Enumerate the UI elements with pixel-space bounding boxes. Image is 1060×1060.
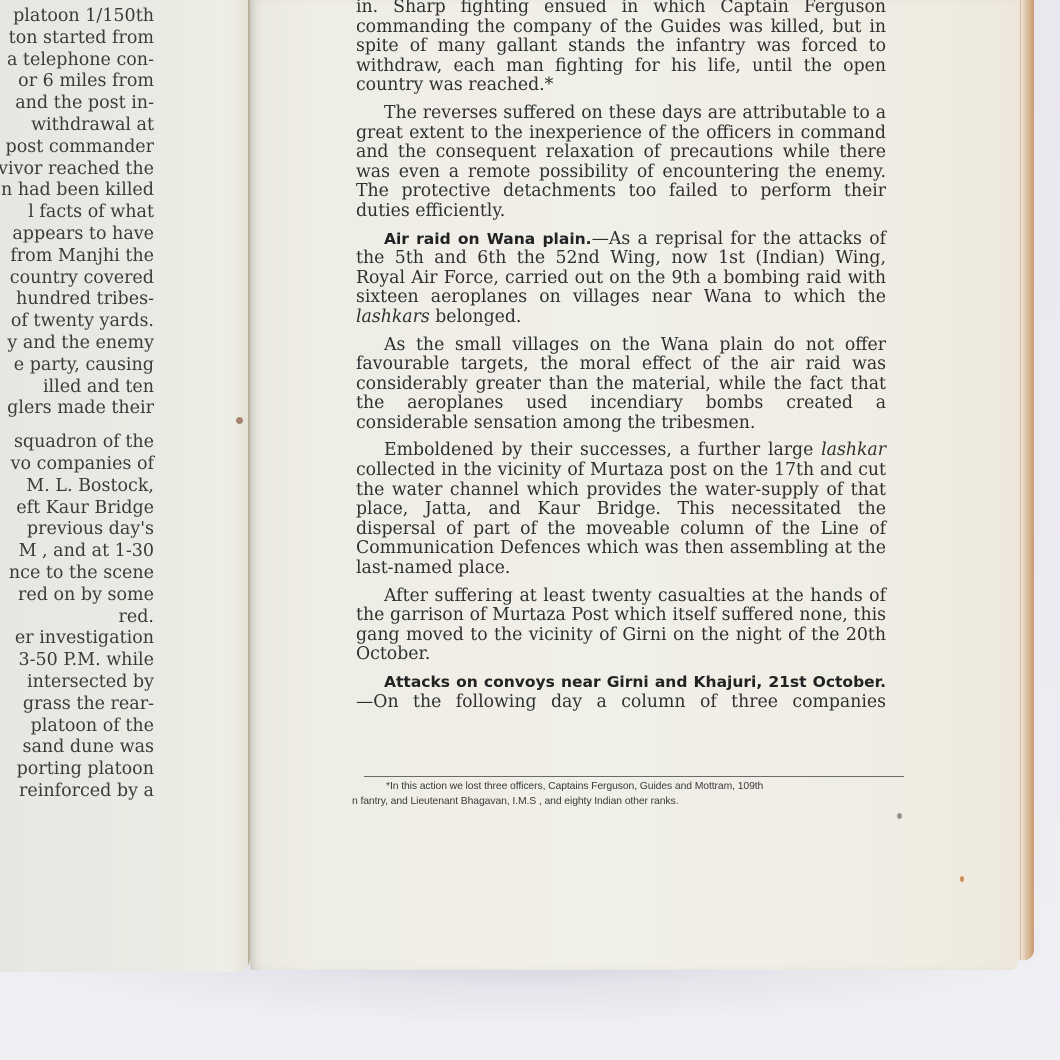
left-page-line: M , and at 1-30	[0, 541, 154, 563]
footnote: *In this action we lost three officers, …	[352, 779, 908, 809]
left-page-line: of twenty yards.	[0, 311, 154, 333]
paper-spot	[236, 417, 243, 424]
left-page-line: y and the enemy	[0, 333, 154, 355]
paragraph-7: Attacks on convoys near Girni and Khajur…	[356, 673, 886, 712]
paragraph-3: Air raid on Wana plain.—As a reprisal fo…	[356, 230, 886, 328]
left-page-line: M. L. Bostock,	[0, 476, 154, 498]
paragraph-4: As the small villages on the Wana plain …	[356, 336, 886, 434]
left-page-line: l facts of what	[0, 202, 154, 224]
footnote-line-1: *In this action we lost three officers, …	[352, 779, 908, 794]
paper-spot	[897, 813, 902, 819]
left-page-line: illed and ten	[0, 377, 154, 399]
left-page-line: hundred tribes-	[0, 289, 154, 311]
left-page-line: squadron of the	[0, 432, 154, 454]
left-page-line: from Manjhi the	[0, 246, 154, 268]
left-page-line: er investigation	[0, 628, 154, 650]
left-page-line: appears to have	[0, 224, 154, 246]
left-page-line: country covered	[0, 268, 154, 290]
left-page-line: and the post in-	[0, 93, 154, 115]
left-page-line: e party, causing	[0, 355, 154, 377]
left-page-line: n had been killed	[0, 180, 154, 202]
left-page-line: previous day's	[0, 519, 154, 541]
left-page-line: red.	[0, 607, 154, 629]
left-page-line: vo companies of	[0, 454, 154, 476]
left-page-line: porting platoon	[0, 759, 154, 781]
left-page-line: eft Kaur Bridge	[0, 498, 154, 520]
left-page-line: 3-50 P.M. while	[0, 650, 154, 672]
left-page-line: withdrawal at	[0, 115, 154, 137]
left-page-line: ton started from	[0, 28, 154, 50]
left-page-line: sand dune was	[0, 737, 154, 759]
left-page-line: nce to the scene	[0, 563, 154, 585]
left-page-line: a telephone con-	[0, 50, 154, 72]
left-page-line: post commander	[0, 137, 154, 159]
left-page-line: grass the rear-	[0, 694, 154, 716]
section-heading-air-raid: Air raid on Wana plain.	[384, 230, 592, 248]
left-page-line: platoon 1/150th	[0, 6, 154, 28]
left-page-line: or 6 miles from	[0, 71, 154, 93]
left-page-line: platoon of the	[0, 716, 154, 738]
right-page-text: The tribesmen numbering about three hund…	[356, 0, 886, 720]
left-page: platoon 1/150thton started froma telepho…	[0, 0, 250, 972]
section-heading-convoys: Attacks on convoys near Girni and Khajur…	[384, 673, 886, 691]
left-page-text: platoon 1/150thton started froma telepho…	[0, 6, 154, 803]
left-page-line: reinforced by a	[0, 781, 154, 803]
footnote-rule	[364, 776, 904, 777]
paragraph-2: The reverses suffered on these days are …	[356, 104, 886, 222]
paragraph-6: After suffering at least twenty casualti…	[356, 587, 886, 665]
paragraph-1: in. Sharp fighting ensued in which Capta…	[356, 0, 886, 96]
paragraph-5: Emboldened by their successes, a further…	[356, 441, 886, 578]
left-page-line: intersected by	[0, 672, 154, 694]
footnote-line-2: n fantry, and Lieutenant Bhagavan, I.M.S…	[352, 794, 908, 809]
paper-spot	[960, 876, 964, 882]
left-page-line: vivor reached the	[0, 159, 154, 181]
left-page-line: red on by some	[0, 585, 154, 607]
left-page-line	[0, 420, 154, 432]
left-page-line: glers made their	[0, 398, 154, 420]
